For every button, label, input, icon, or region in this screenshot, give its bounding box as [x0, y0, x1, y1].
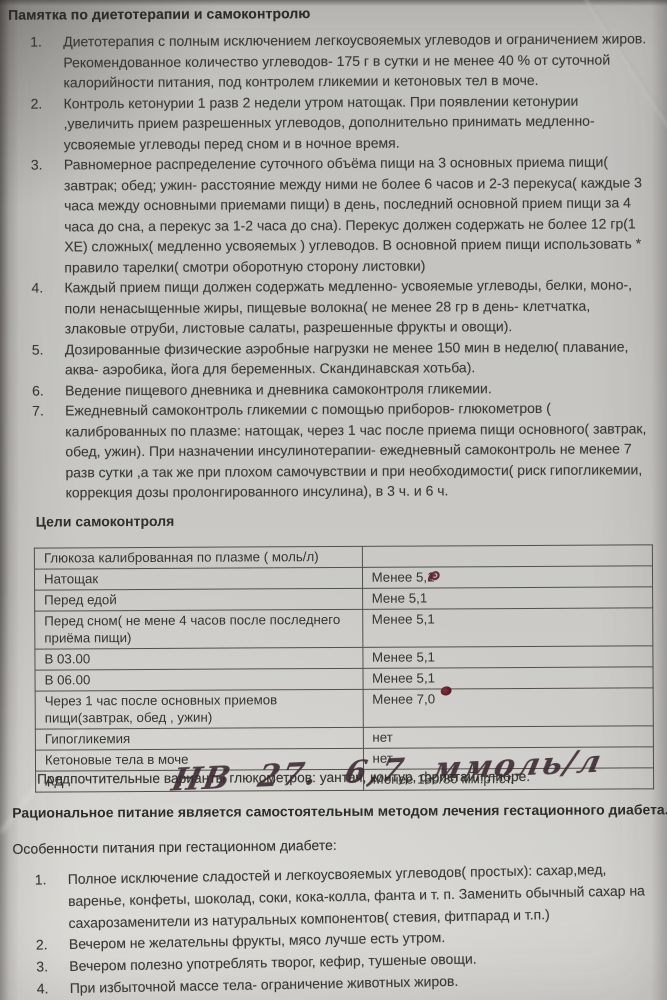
- table-cell-value: Менее 7,0: [363, 688, 654, 728]
- list-item-text: Полное исключение сладостей и легкоусвоя…: [68, 858, 654, 934]
- list-item: 2. Контроль кетонурии 1 разв 2 недели ут…: [30, 90, 648, 155]
- table-cell-label: Глюкоза калиброванная по плазме ( моль/л…: [34, 546, 362, 569]
- table-cell-label: В 06.00: [35, 668, 363, 691]
- list-item-text: Каждый прием пищи должен содержать медле…: [64, 274, 649, 339]
- list-item-number: 2.: [30, 93, 49, 155]
- list-item-number: 3.: [36, 956, 55, 978]
- list-item-number: 4.: [31, 277, 50, 339]
- table-cell-value: Менее 5,1: [362, 566, 653, 589]
- table-cell-label: Натощак: [34, 567, 362, 590]
- list-item-number: 3.: [31, 154, 51, 277]
- list-item-number: 4.: [37, 978, 56, 1000]
- document-page: Памятка по диетотерапии и самоконтролю 1…: [0, 0, 667, 1000]
- table-cell-value: Менее 5,1: [362, 608, 653, 648]
- list-item-number: 5.: [32, 339, 51, 380]
- list-item: 4. Каждый прием пищи должен содержать ме…: [31, 274, 649, 339]
- table-cell-value: Менее 5,1: [363, 667, 654, 690]
- list-item: 1. Диетотерапия с полным исключением лег…: [30, 28, 648, 93]
- list-item-number: 1.: [30, 31, 49, 93]
- table-cell-label: Перед едой: [35, 588, 363, 611]
- list-item-number: 2.: [36, 935, 55, 957]
- table-cell-label: Перед сном( не мене 4 часов после послед…: [35, 609, 363, 649]
- list-item-text: Контроль кетонурии 1 разв 2 недели утром…: [63, 90, 648, 155]
- list-item-text: Дозированные физические аэробные нагрузк…: [65, 336, 650, 380]
- list-item: 1. Полное исключение сладостей и легкоус…: [35, 858, 654, 935]
- pen-check-mark-icon: [426, 568, 444, 586]
- table-row: Через 1 час после основных приемов пищи(…: [35, 688, 653, 729]
- goals-heading: Цели самоконтроля: [36, 513, 175, 530]
- table-cell-label: В 03.00: [35, 647, 363, 670]
- features-list: 1. Полное исключение сладостей и легкоус…: [35, 858, 655, 1000]
- list-item: 3. Равномерное распределение суточного о…: [31, 151, 650, 277]
- table-row: Перед сном( не мене 4 часов после послед…: [35, 608, 653, 649]
- table-cell-value: Менее 5,1: [362, 646, 653, 669]
- table-cell-label: Через 1 час после основных приемов пищи(…: [35, 689, 363, 729]
- rational-statement: Рациональное питание является самостояте…: [12, 801, 667, 820]
- list-item-text: Равномерное распределение суточного объё…: [64, 151, 650, 277]
- list-item-text: Ежедневный самоконтроль гликемии с помощ…: [65, 397, 651, 503]
- features-heading: Особенности питания при гестационном диа…: [12, 837, 336, 857]
- list-item-number: 7.: [32, 400, 52, 503]
- document-photo: Памятка по диетотерапии и самоконтролю 1…: [0, 0, 667, 1000]
- list-item: 7. Ежедневный самоконтроль гликемии с по…: [32, 397, 651, 503]
- table-cell-label: Гипогликемия: [35, 727, 363, 750]
- list-item-number: 1.: [35, 869, 55, 935]
- list-item: 5. Дозированные физические аэробные нагр…: [32, 336, 650, 380]
- document-title: Памятка по диетотерапии и самоконтролю: [8, 5, 310, 23]
- list-item-text: Диетотерапия с полным исключением легкоу…: [63, 28, 648, 93]
- table-cell-value: [362, 545, 653, 568]
- main-list: 1. Диетотерапия с полным исключением лег…: [30, 28, 650, 503]
- list-item-number: 6.: [32, 380, 51, 401]
- table-cell-value: Мене 5,1: [362, 587, 653, 610]
